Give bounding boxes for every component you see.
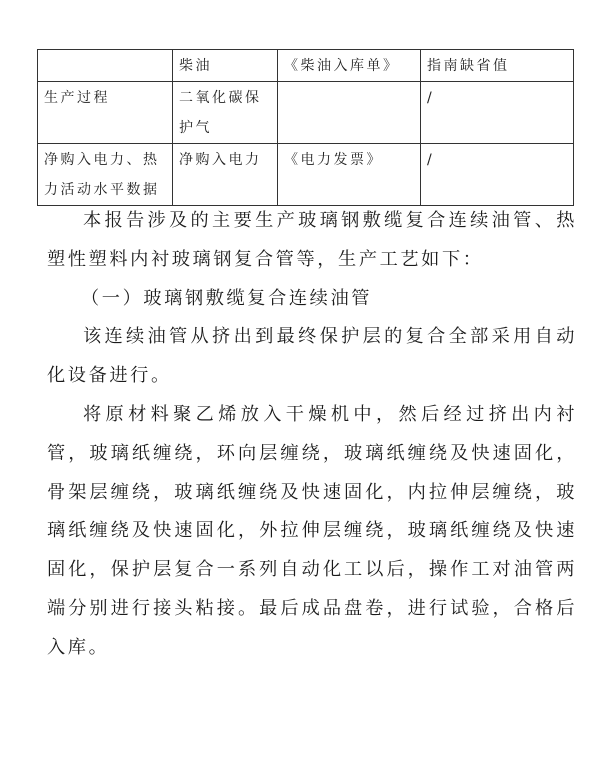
section-heading: （一）玻璃钢敷缆复合连续油管: [47, 280, 577, 319]
table-cell: 《电力发票》: [278, 144, 421, 206]
intro-paragraph: 本报告涉及的主要生产玻璃钢敷缆复合连续油管、热塑性塑料内衬玻璃钢复合管等，生产工…: [47, 202, 577, 280]
table-row: 净购入电力、热力活动水平数据 净购入电力 《电力发票》 /: [38, 144, 574, 206]
automation-paragraph: 该连续油管从挤出到最终保护层的复合全部采用自动化设备进行。: [47, 318, 577, 396]
table-cell: 二氧化碳保护气: [173, 82, 278, 144]
table-row: 生产过程 二氧化碳保护气 /: [38, 82, 574, 144]
process-paragraph: 将原材料聚乙烯放入干燥机中，然后经过挤出内衬管，玻璃纸缠绕，环向层缠绕，玻璃纸缠…: [47, 396, 577, 668]
table-cell: 净购入电力: [173, 144, 278, 206]
table-cell: 净购入电力、热力活动水平数据: [38, 144, 173, 206]
table-cell: /: [421, 144, 574, 206]
table-cell: 生产过程: [38, 82, 173, 144]
table-cell: 《柴油入库单》: [278, 50, 421, 82]
document-body: 本报告涉及的主要生产玻璃钢敷缆复合连续油管、热塑性塑料内衬玻璃钢复合管等，生产工…: [47, 202, 577, 668]
table-cell: 柴油: [173, 50, 278, 82]
table-cell: /: [421, 82, 574, 144]
data-source-table: 柴油 《柴油入库单》 指南缺省值 生产过程 二氧化碳保护气 / 净购入电力、热力…: [37, 49, 574, 206]
table-cell: [38, 50, 173, 82]
table-cell: [278, 82, 421, 144]
table-row: 柴油 《柴油入库单》 指南缺省值: [38, 50, 574, 82]
table-cell: 指南缺省值: [421, 50, 574, 82]
